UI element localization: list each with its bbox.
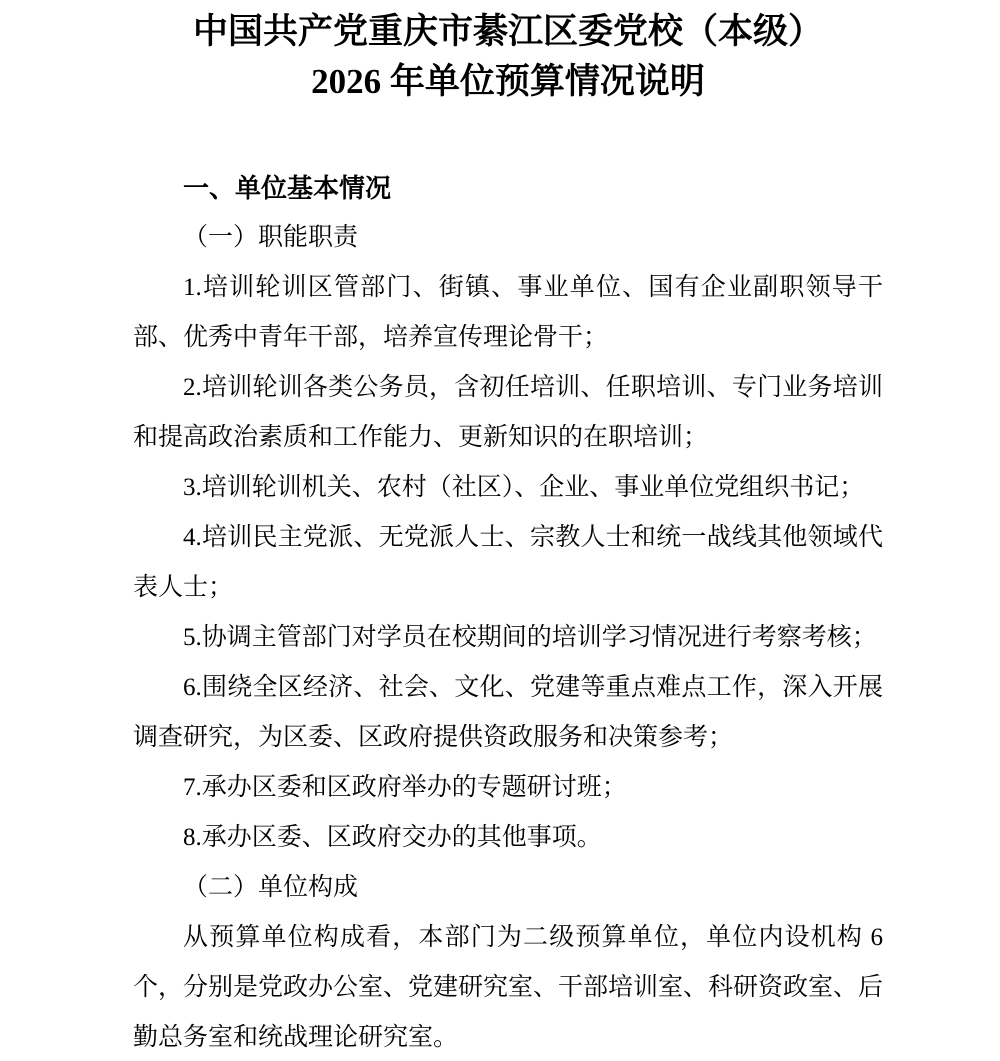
document-title: 中国共产党重庆市綦江区委党校（本级） 2026 年单位预算情况说明 bbox=[133, 7, 883, 107]
doc-title-line-1: 中国共产党重庆市綦江区委党校（本级） bbox=[133, 7, 883, 57]
body-paragraph: 5.协调主管部门对学员在校期间的培训学习情况进行考察考核； bbox=[133, 613, 883, 663]
body-paragraph: 2.培训轮训各类公务员，含初任培训、任职培训、专门业务培训和提高政治素质和工作能… bbox=[133, 363, 883, 463]
body-paragraph: 1.培训轮训区管部门、街镇、事业单位、国有企业副职领导干部、优秀中青年干部，培养… bbox=[133, 263, 883, 363]
body-paragraph: 4.培训民主党派、无党派人士、宗教人士和统一战线其他领域代表人士； bbox=[133, 513, 883, 613]
body-paragraph: 7.承办区委和区政府举办的专题研讨班； bbox=[133, 763, 883, 813]
body-paragraph: 8.承办区委、区政府交办的其他事项。 bbox=[133, 813, 883, 863]
doc-title-line-2: 2026 年单位预算情况说明 bbox=[133, 57, 883, 107]
body-paragraph: 6.围绕全区经济、社会、文化、党建等重点难点工作，深入开展调查研究，为区委、区政… bbox=[133, 663, 883, 763]
subsection-heading: （一）职能职责 bbox=[133, 213, 883, 263]
section-heading: 一、单位基本情况 bbox=[133, 163, 883, 213]
body-paragraph: 3.培训轮训机关、农村（社区）、企业、事业单位党组织书记； bbox=[133, 463, 883, 513]
subsection-heading: （二）单位构成 bbox=[133, 863, 883, 913]
document-page: 中国共产党重庆市綦江区委党校（本级） 2026 年单位预算情况说明 一、单位基本… bbox=[0, 0, 1000, 1061]
document-body: 一、单位基本情况 （一）职能职责 1.培训轮训区管部门、街镇、事业单位、国有企业… bbox=[133, 163, 883, 1061]
body-paragraph: 从预算单位构成看，本部门为二级预算单位，单位内设机构 6 个，分别是党政办公室、… bbox=[133, 913, 883, 1061]
